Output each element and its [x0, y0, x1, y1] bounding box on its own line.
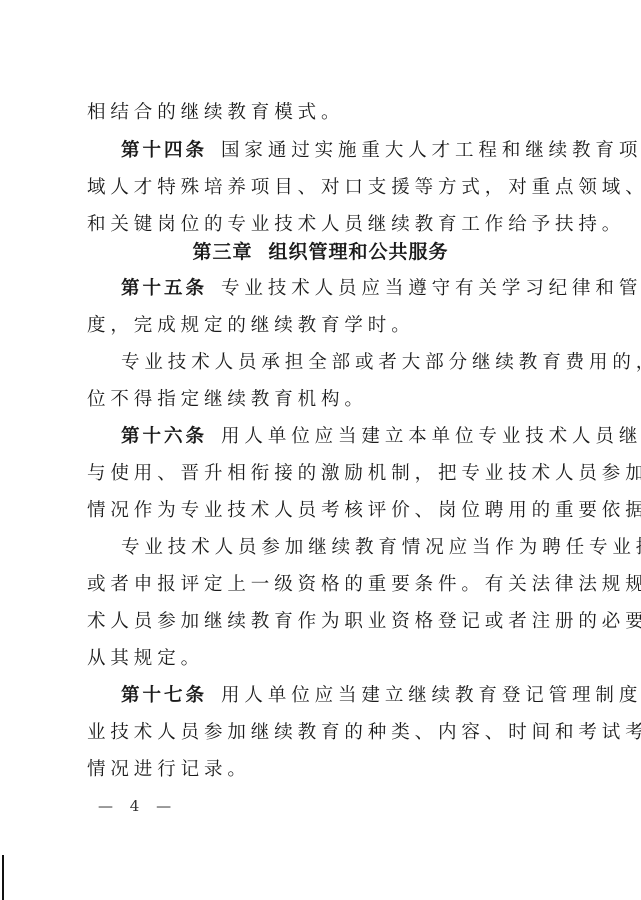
text-line: 域人才特殊培养项目、对口支援等方式，对重点领域、特殊区域 — [87, 176, 559, 200]
paragraph-line: 专业技术人员承担全部或者大部分继续教育费用的，用人单 — [121, 351, 559, 375]
page-number: — 4 — — [98, 797, 177, 815]
text-line: 情况进行记录。 — [87, 758, 559, 782]
line-text: 用人单位应当建立本单位专业技术人员继续教育 — [221, 426, 641, 447]
line-text: 情况作为专业技术人员考核评价、岗位聘用的重要依据。 — [87, 500, 641, 521]
line-text: 专业技术人员参加继续教育情况应当作为聘任专业技术职务 — [121, 537, 641, 558]
article-17-line: 第十七条用人单位应当建立继续教育登记管理制度，对专 — [121, 684, 559, 708]
document-page: 相结合的继续教育模式。 第十四条国家通过实施重大人才工程和继续教育项目、区 域人… — [0, 0, 641, 900]
text-line: 度，完成规定的继续教育学时。 — [87, 314, 559, 338]
line-text: 专业技术人员承担全部或者大部分继续教育费用的，用人单 — [121, 352, 641, 373]
article-15-line: 第十五条专业技术人员应当遵守有关学习纪律和管理制 — [121, 277, 559, 301]
line-text: 和关键岗位的专业技术人员继续教育工作给予扶持。 — [87, 214, 625, 235]
text-line: 相结合的继续教育模式。 — [87, 101, 559, 125]
scan-edge-bar — [2, 855, 4, 900]
article-label: 第十四条 — [121, 140, 207, 161]
article-label: 第十七条 — [121, 685, 207, 706]
paragraph-line: 专业技术人员参加继续教育情况应当作为聘任专业技术职务 — [121, 536, 559, 560]
line-text: 国家通过实施重大人才工程和继续教育项目、区 — [221, 140, 641, 161]
line-text: 专业技术人员应当遵守有关学习纪律和管理制 — [221, 278, 641, 299]
chapter-heading: 第三章组织管理和公共服务 — [0, 240, 641, 264]
line-text: 业技术人员参加继续教育的种类、内容、时间和考试考核结果等 — [87, 722, 641, 743]
text-line: 或者申报评定上一级资格的重要条件。有关法律法规规定专业技 — [87, 573, 559, 597]
text-line: 情况作为专业技术人员考核评价、岗位聘用的重要依据。 — [87, 499, 559, 523]
line-text: 术人员参加继续教育作为职业资格登记或者注册的必要条件的， — [87, 611, 641, 632]
text-line: 位不得指定继续教育机构。 — [87, 388, 559, 412]
line-text: 位不得指定继续教育机构。 — [87, 389, 368, 410]
line-text: 或者申报评定上一级资格的重要条件。有关法律法规规定专业技 — [87, 574, 641, 595]
line-text: 相结合的继续教育模式。 — [87, 102, 344, 123]
article-16-line: 第十六条用人单位应当建立本单位专业技术人员继续教育 — [121, 425, 559, 449]
line-text: 域人才特殊培养项目、对口支援等方式，对重点领域、特殊区域 — [87, 177, 641, 198]
text-line: 从其规定。 — [87, 647, 559, 671]
chapter-title: 组织管理和公共服务 — [269, 241, 449, 263]
article-14-line: 第十四条国家通过实施重大人才工程和继续教育项目、区 — [121, 139, 559, 163]
text-line: 术人员参加继续教育作为职业资格登记或者注册的必要条件的， — [87, 610, 559, 634]
chapter-number: 第三章 — [192, 241, 252, 263]
line-text: 用人单位应当建立继续教育登记管理制度，对专 — [221, 685, 641, 706]
article-label: 第十六条 — [121, 426, 207, 447]
text-line: 和关键岗位的专业技术人员继续教育工作给予扶持。 — [87, 213, 559, 237]
line-text: 情况进行记录。 — [87, 759, 251, 780]
article-label: 第十五条 — [121, 278, 207, 299]
line-text: 从其规定。 — [87, 648, 204, 669]
text-line: 业技术人员参加继续教育的种类、内容、时间和考试考核结果等 — [87, 721, 559, 745]
line-text: 度，完成规定的继续教育学时。 — [87, 315, 415, 336]
line-text: 与使用、晋升相衔接的激励机制，把专业技术人员参加继续教育 — [87, 463, 641, 484]
text-line: 与使用、晋升相衔接的激励机制，把专业技术人员参加继续教育 — [87, 462, 559, 486]
